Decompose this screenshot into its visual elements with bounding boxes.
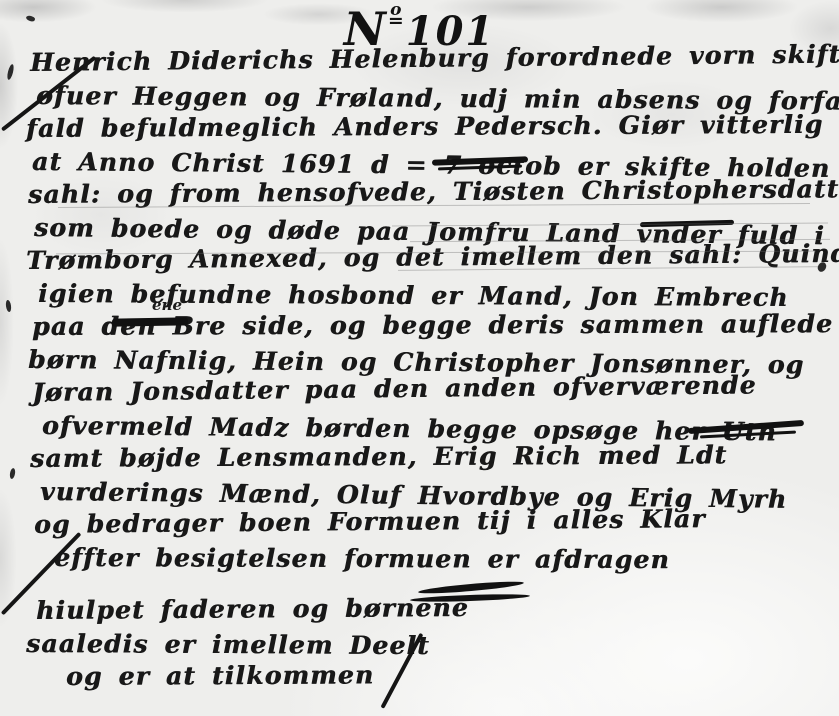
interlinear-correction: ene	[152, 296, 182, 314]
manuscript-line: effter besigtelsen formuen er afdragen	[54, 541, 835, 577]
manuscript-line: hiulpet faderen og børnene	[36, 588, 835, 627]
manuscript-line: samt bøjde Lensmanden, Erig Rich med Ldt	[30, 438, 835, 475]
ink-smudge	[5, 300, 12, 313]
manuscript-line: fald befuldmeglich Anders Pedersch. Giør…	[26, 108, 835, 145]
ink-strikethrough	[112, 317, 188, 326]
manuscript-line: Trømborg Annexed, og det imellem den sah…	[26, 237, 835, 277]
ink-smudge	[9, 468, 16, 480]
manuscript-page: No=101 Henrich Diderichs Helenburg foror…	[0, 0, 839, 716]
number-abbrev-mark: o=	[388, 4, 404, 26]
manuscript-body: Henrich Diderichs Helenburg forordnede v…	[26, 46, 835, 693]
manuscript-line: Jøran Jonsdatter paa den anden ofvervære…	[32, 368, 835, 409]
ink-smudge	[6, 64, 15, 81]
manuscript-line: og bedrager boen Formuen tij i alles Kla…	[34, 501, 835, 541]
manuscript-line: og er at tilkommen	[66, 656, 835, 693]
manuscript-line: Henrich Diderichs Helenburg forordnede v…	[30, 38, 835, 79]
